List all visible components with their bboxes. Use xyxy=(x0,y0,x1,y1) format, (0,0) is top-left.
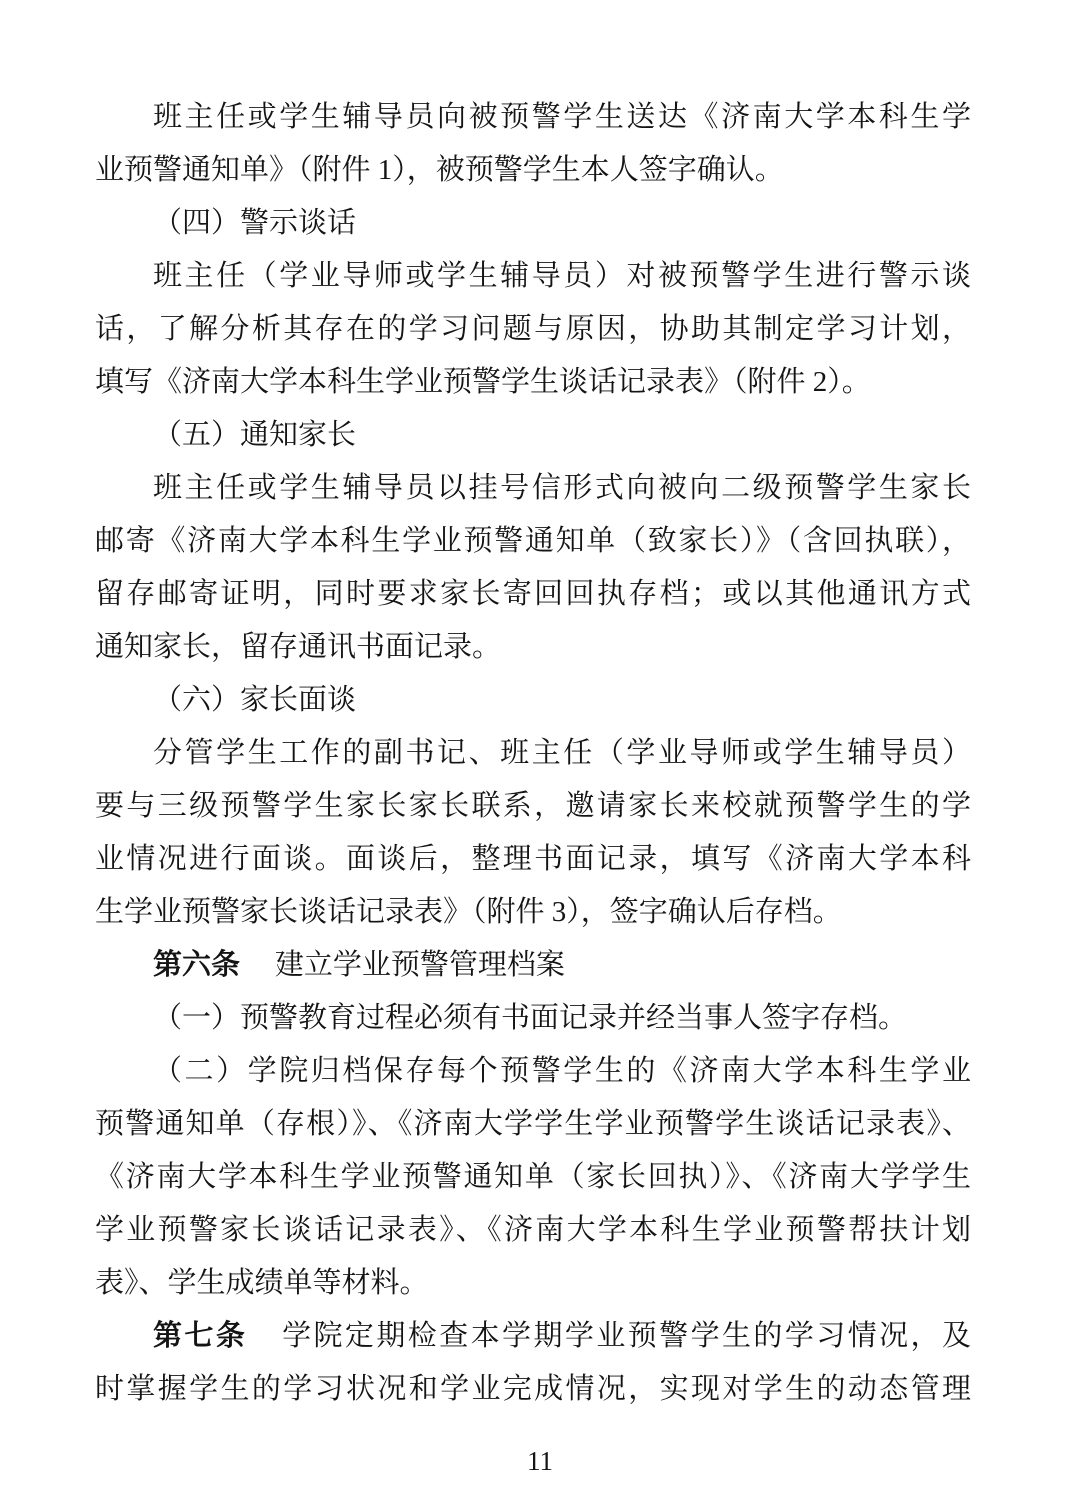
text-line: 班主任或学生辅导员以挂号信形式向被向二级预警学生家长 xyxy=(95,462,971,515)
text-line: 时掌握学生的学习状况和学业完成情况，实现对学生的动态管理 xyxy=(95,1363,971,1416)
text-line: 《济南大学本科生学业预警通知单（家长回执）》、《济南大学学生 xyxy=(95,1151,971,1204)
text-line: （一）预警教育过程必须有书面记录并经当事人签字存档。 xyxy=(95,992,971,1045)
text-line: 填写《济南大学本科生学业预警学生谈话记录表》（附件 2）。 xyxy=(95,356,971,409)
text-line: （二）学院归档保存每个预警学生的《济南大学本科生学业 xyxy=(95,1045,971,1098)
article-7-number: 第七条 xyxy=(153,1320,247,1352)
article-6-title: 建立学业预警管理档案 xyxy=(275,949,565,981)
text-line: 班主任或学生辅导员向被预警学生送达《济南大学本科生学 xyxy=(95,91,971,144)
section-heading-6: （六）家长面谈 xyxy=(95,674,971,727)
text-line: 留存邮寄证明，同时要求家长寄回回执存档；或以其他通讯方式 xyxy=(95,568,971,621)
page-number: 11 xyxy=(0,1446,1080,1477)
text-line: 业预警通知单》（附件 1），被预警学生本人签字确认。 xyxy=(95,144,971,197)
text-line: 表》、学生成绩单等材料。 xyxy=(95,1257,971,1310)
text-line: 话，了解分析其存在的学习问题与原因，协助其制定学习计划， xyxy=(95,303,971,356)
text-line: 通知家长，留存通讯书面记录。 xyxy=(95,621,971,674)
text-line: 要与三级预警学生家长家长联系，邀请家长来校就预警学生的学 xyxy=(95,780,971,833)
text-line: 学业预警家长谈话记录表》、《济南大学本科生学业预警帮扶计划 xyxy=(95,1204,971,1257)
section-heading-5: （五）通知家长 xyxy=(95,409,971,462)
article-6-heading: 第六条建立学业预警管理档案 xyxy=(95,939,971,992)
section-heading-4: （四）警示谈话 xyxy=(95,197,971,250)
article-7-paragraph: 第七条学院定期检查本学期学业预警学生的学习情况，及 xyxy=(95,1310,971,1363)
article-6-number: 第六条 xyxy=(153,949,240,981)
text-line: 业情况进行面谈。面谈后，整理书面记录，填写《济南大学本科 xyxy=(95,833,971,886)
text-line: 生学业预警家长谈话记录表》（附件 3），签字确认后存档。 xyxy=(95,886,971,939)
text-line: 邮寄《济南大学本科生学业预警通知单（致家长）》（含回执联）， xyxy=(95,515,971,568)
article-7-text: 学院定期检查本学期学业预警学生的学习情况，及 xyxy=(282,1320,971,1352)
text-line: 分管学生工作的副书记、班主任（学业导师或学生辅导员） xyxy=(95,727,971,780)
text-line: 预警通知单（存根）》、《济南大学学生学业预警学生谈话记录表》、 xyxy=(95,1098,971,1151)
text-line: 班主任（学业导师或学生辅导员）对被预警学生进行警示谈 xyxy=(95,250,971,303)
document-text-block: 班主任或学生辅导员向被预警学生送达《济南大学本科生学 业预警通知单》（附件 1）… xyxy=(95,91,971,1416)
document-page: 班主任或学生辅导员向被预警学生送达《济南大学本科生学 业预警通知单》（附件 1）… xyxy=(0,0,1080,1500)
